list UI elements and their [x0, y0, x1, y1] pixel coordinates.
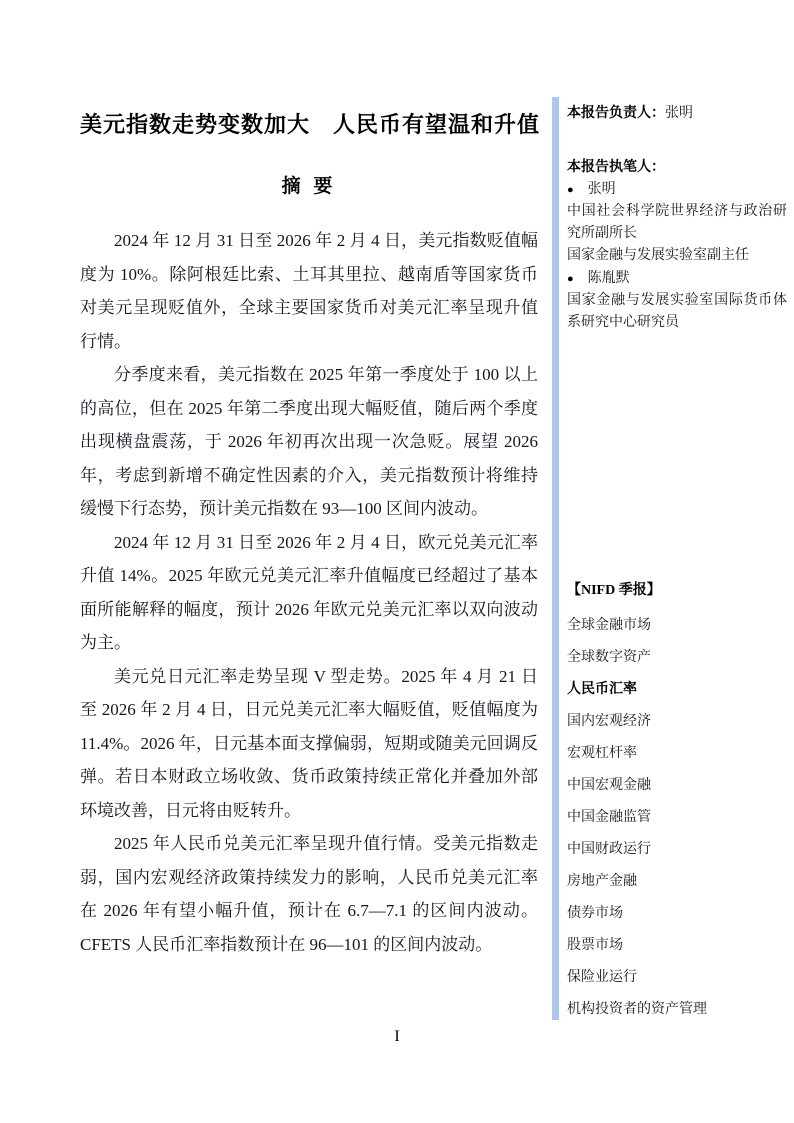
series-item-stock-market[interactable]: 股票市场 [567, 939, 787, 953]
author-title: 中国社会科学院世界经济与政治研究所副所长 [567, 201, 787, 245]
paragraph: 美元兑日元汇率走势呈现 V 型走势。2025 年 4 月 21 日至 2026 … [80, 660, 538, 828]
author-entry: ● 张明 中国社会科学院世界经济与政治研究所副所长 国家金融与发展实验室副主任 [567, 179, 787, 267]
series-item-china-macro-finance[interactable]: 中国宏观金融 [567, 779, 787, 793]
series-item-macro-leverage-ratio[interactable]: 宏观杠杆率 [567, 747, 787, 761]
report-lead-label: 本报告负责人： [567, 106, 665, 121]
series-item-china-fiscal-operation[interactable]: 中国财政运行 [567, 843, 787, 857]
bullet-icon: ● [567, 268, 574, 290]
author-title: 国家金融与发展实验室副主任 [567, 245, 787, 267]
series-item-insurance-operation[interactable]: 保险业运行 [567, 971, 787, 985]
authors-heading: 本报告执笔人： [567, 157, 787, 178]
author-name: 张明 [588, 179, 616, 201]
main-column: 美元指数走势变数加大 人民币有望温和升值 摘 要 2024 年 12 月 31 … [80, 108, 538, 961]
paragraph: 2025 年人民币兑美元汇率呈现升值行情。受美元指数走弱，国内宏观经济政策持续发… [80, 827, 538, 961]
author-name: 陈胤默 [588, 268, 630, 290]
bullet-icon: ● [567, 179, 574, 201]
series-item-global-digital-assets[interactable]: 全球数字资产 [567, 651, 787, 665]
report-lead: 本报告负责人：张明 [567, 97, 787, 124]
series-item-global-financial-markets[interactable]: 全球金融市场 [567, 619, 787, 633]
author-name-row: ● 陈胤默 [567, 268, 787, 290]
sidebar-accent-bar [552, 97, 559, 1020]
paragraph: 分季度来看，美元指数在 2025 年第一季度处于 100 以上的高位，但在 20… [80, 358, 538, 526]
paragraph: 2024 年 12 月 31 日至 2026 年 2 月 4 日，美元指数贬值幅… [80, 224, 538, 358]
page-number: I [0, 1028, 794, 1046]
series-item-bond-market[interactable]: 债券市场 [567, 907, 787, 921]
report-lead-name: 张明 [665, 106, 693, 121]
series-item-real-estate-finance[interactable]: 房地产金融 [567, 875, 787, 889]
paragraph: 2024 年 12 月 31 日至 2026 年 2 月 4 日，欧元兑美元汇率… [80, 526, 538, 660]
series-item-institutional-asset-management[interactable]: 机构投资者的资产管理 [567, 1003, 787, 1017]
report-page: 美元指数走势变数加大 人民币有望温和升值 摘 要 2024 年 12 月 31 … [0, 0, 794, 1123]
abstract-body: 2024 年 12 月 31 日至 2026 年 2 月 4 日，美元指数贬值幅… [80, 224, 538, 961]
series-item-china-financial-regulation[interactable]: 中国金融监管 [567, 811, 787, 825]
series-item-rmb-exchange-rate[interactable]: 人民币汇率 [567, 683, 787, 697]
abstract-heading: 摘 要 [80, 171, 538, 198]
sidebar-authors-block: 本报告负责人：张明 本报告执笔人： ● 张明 中国社会科学院世界经济与政治研究所… [567, 97, 787, 334]
series-list: 【NIFD 季报】 全球金融市场 全球数字资产 人民币汇率 国内宏观经济 宏观杠… [567, 581, 787, 1017]
page-title: 美元指数走势变数加大 人民币有望温和升值 [80, 108, 538, 139]
sidebar: 本报告负责人：张明 本报告执笔人： ● 张明 中国社会科学院世界经济与政治研究所… [552, 97, 787, 1020]
author-name-row: ● 张明 [567, 179, 787, 201]
series-item-domestic-macro-economy[interactable]: 国内宏观经济 [567, 715, 787, 729]
author-entry: ● 陈胤默 国家金融与发展实验室国际货币体系研究中心研究员 [567, 268, 787, 334]
series-heading: 【NIFD 季报】 [567, 581, 787, 601]
author-title: 国家金融与发展实验室国际货币体系研究中心研究员 [567, 290, 787, 334]
